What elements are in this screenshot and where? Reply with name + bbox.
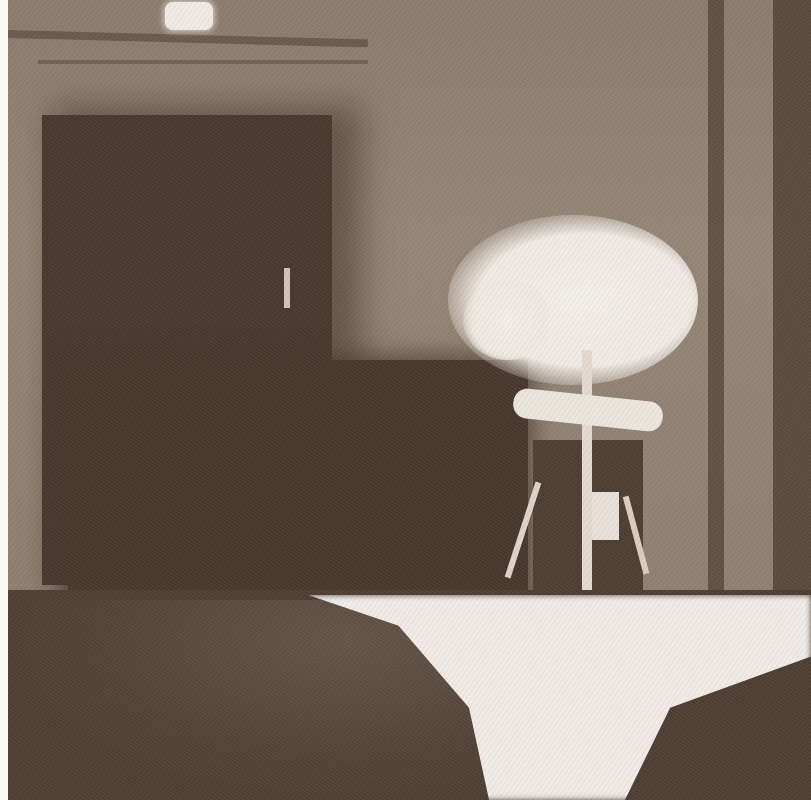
sepia-photograph [8, 0, 811, 800]
sepia-tint [8, 0, 811, 800]
